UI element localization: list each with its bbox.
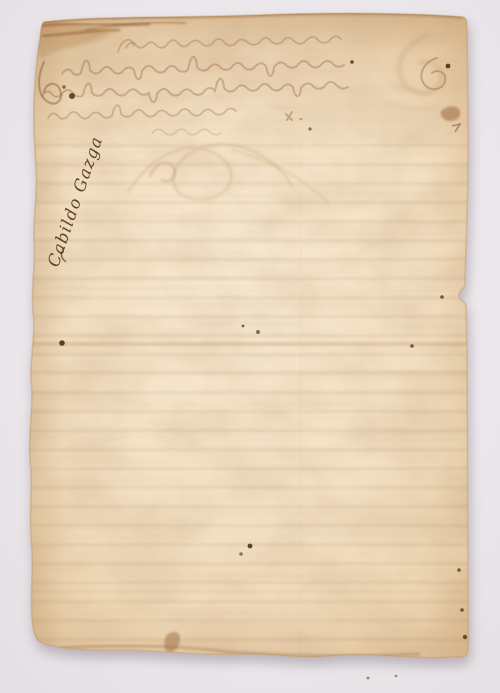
ink-speck	[256, 330, 260, 334]
ink-speck	[440, 295, 444, 299]
fold-crease-horizontal	[28, 342, 472, 346]
ink-speck	[59, 340, 65, 346]
fold-crease-vertical	[300, 130, 302, 655]
fold-crease-soft	[28, 370, 472, 373]
ink-speck	[446, 64, 451, 69]
ink-speck	[350, 60, 354, 64]
ink-speck	[463, 635, 467, 639]
photo-frame: Photograph of an aged handwritten manusc…	[0, 0, 500, 693]
ink-speck	[69, 93, 75, 99]
debris-speck	[367, 677, 370, 680]
ink-speck	[410, 344, 414, 348]
ink-speck	[248, 544, 253, 549]
manuscript-photo: Cabildo Gazga	[0, 0, 500, 693]
ink-speck	[239, 552, 243, 556]
fold-crease-soft-lower	[28, 590, 472, 593]
ink-speck	[62, 85, 66, 89]
paper-surface: Cabildo Gazga	[0, 0, 500, 693]
ink-speck	[242, 325, 245, 328]
ink-speck	[308, 127, 311, 130]
ink-speck	[457, 568, 461, 572]
ink-speck	[460, 608, 464, 612]
debris-speck	[395, 675, 398, 678]
